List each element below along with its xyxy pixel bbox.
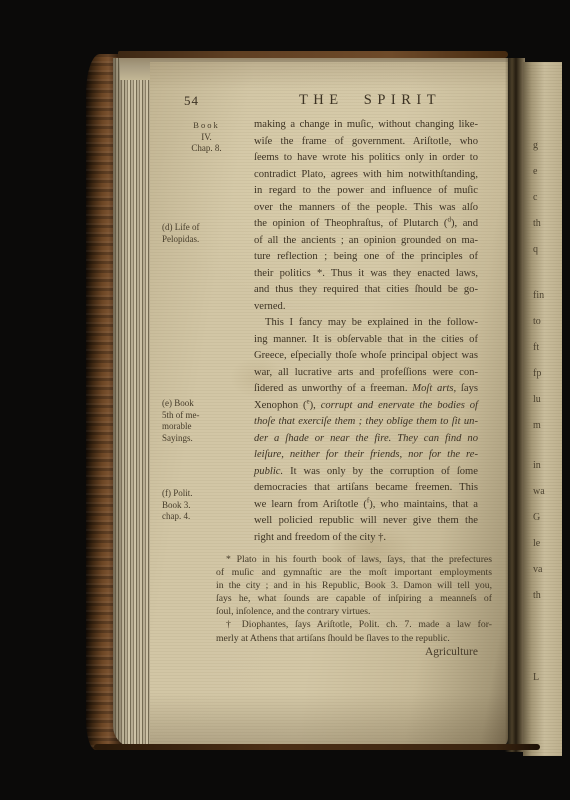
margin-note-line: Sayings.: [162, 433, 251, 445]
text-line: * Plato in his fourth book of laws, ſays…: [216, 553, 492, 566]
text-line: Xenophon (e), corrupt and enervate the b…: [254, 398, 478, 415]
gutter-shadow: [505, 58, 525, 752]
margin-note-line: Book: [162, 120, 251, 132]
text-line: This I fancy may be explained in the fol…: [254, 315, 478, 332]
facing-page-text-fragment: e: [533, 166, 537, 177]
text-line: right and freedom of the city †.: [254, 530, 478, 547]
text-line: over the manners of the people. This was…: [254, 200, 478, 217]
text-line: making a change in muſic, without changi…: [254, 117, 478, 134]
margin-note-line: chap. 4.: [162, 511, 251, 523]
page-number: 54: [184, 93, 199, 109]
text-line: der a ſhade or near the fire. They can f…: [254, 431, 478, 448]
text-line: ture reflection ; being one of the princ…: [254, 249, 478, 266]
margin-note-line: morable: [162, 421, 251, 433]
margin-note-line: (d) Life of: [162, 222, 251, 234]
facing-page-text-fragment: th: [533, 218, 541, 229]
margin-note: (f) Polit.Book 3.chap. 4.: [162, 488, 251, 523]
facing-page-text-fragment: fp: [533, 368, 541, 379]
facing-page-text-fragment: ft: [533, 342, 539, 353]
facing-page-text-fragment: fin: [533, 290, 544, 301]
facing-page-text-fragment: g: [533, 140, 538, 151]
facing-page-text-fragment: q: [533, 244, 538, 255]
facing-page-text-fragment: wa: [533, 486, 545, 497]
facing-page-text-fragment: to: [533, 316, 541, 327]
text-line: in the city ; and in his Republic, Book …: [216, 579, 492, 592]
facing-page-text-fragment: lu: [533, 394, 541, 405]
book-cover-top-edge: [118, 51, 508, 58]
text-line: of muſic and gymnaſtic are the moſt impo…: [216, 566, 492, 579]
facing-page-text-fragment: le: [533, 538, 540, 549]
text-line: well policied republic will never give t…: [254, 513, 478, 530]
margin-note-line: IV.: [162, 132, 251, 144]
text-line: we learn from Ariſtotle (f), who maintai…: [254, 497, 478, 514]
text-line: of all the ancients ; an opinion grounde…: [254, 233, 478, 250]
footnote-block: * Plato in his fourth book of laws, ſays…: [216, 553, 492, 645]
catchword: Agriculture: [254, 646, 478, 658]
text-line: public. It was only by the corruption of…: [254, 464, 478, 481]
book-photo: 54 THE SPIRIT BookIV.Chap. 8.(d) Life of…: [0, 0, 570, 800]
facing-page-text-fragment: L: [533, 672, 539, 683]
margin-note: (e) Book5th of me-morableSayings.: [162, 398, 251, 444]
margin-note-line: Pelopidas.: [162, 234, 251, 246]
text-line: verned.: [254, 299, 478, 316]
facing-page-text-fragment: va: [533, 564, 542, 575]
margin-note: BookIV.Chap. 8.: [162, 120, 251, 155]
book-cover-bottom-edge: [94, 744, 540, 750]
text-line: ſays he, what ſounds are capable of inſp…: [216, 592, 492, 605]
text-line: democracies that artiſans became freemen…: [254, 480, 478, 497]
paragraph: making a change in muſic, without changi…: [254, 117, 478, 315]
margin-note-line: (f) Polit.: [162, 488, 251, 500]
running-title: THE SPIRIT: [245, 92, 495, 109]
body-text: making a change in muſic, without changi…: [254, 117, 478, 546]
paper-texture: [523, 62, 562, 756]
facing-page-text-fragment: th: [533, 590, 541, 601]
text-line: ſoul, inſolence, and the contrary virtue…: [216, 605, 492, 618]
text-line: ing manner. It is obſervable that in the…: [254, 332, 478, 349]
book-page: 54 THE SPIRIT BookIV.Chap. 8.(d) Life of…: [150, 62, 508, 748]
facing-page-text-fragment: m: [533, 420, 541, 431]
facing-page-text-fragment: G: [533, 512, 540, 523]
text-line: and thus they required that cities ſhoul…: [254, 282, 478, 299]
text-line: ſidered as unworthy of a freeman. Moſt a…: [254, 381, 478, 398]
text-line: leiſure, neither for their friends, nor …: [254, 447, 478, 464]
text-line: their politics *. Thus it was they enact…: [254, 266, 478, 283]
text-line: thoſe that exerciſe them ; they oblige t…: [254, 414, 478, 431]
text-line: merly at Athens that artiſans ſhould be …: [216, 632, 492, 645]
text-line: in regard to the power and influence of …: [254, 183, 478, 200]
text-line: Greece, eſpecially thoſe whoſe principal…: [254, 348, 478, 365]
text-line: war, all lucrative arts and profeſſions …: [254, 365, 478, 382]
text-line: contradict Plato, agrees with him notwit…: [254, 167, 478, 184]
margin-note-line: (e) Book: [162, 398, 251, 410]
text-line: ſeems to have wrote his politics only in…: [254, 150, 478, 167]
text-line: the opinion of Theophraſtus, of Plutarch…: [254, 216, 478, 233]
margin-note-line: Chap. 8.: [162, 143, 251, 155]
facing-page-sliver: gecthqfintoftfpluminwaGlevathL: [523, 62, 562, 756]
margin-note-line: Book 3.: [162, 500, 251, 512]
margin-note-line: 5th of me-: [162, 410, 251, 422]
paragraph: This I fancy may be explained in the fol…: [254, 315, 478, 546]
text-line: wiſe the frame of government. Ariſtotle,…: [254, 134, 478, 151]
text-line: † Diophantes, ſays Ariſtotle, Polit. ch.…: [216, 618, 492, 631]
facing-page-text-fragment: in: [533, 460, 541, 471]
margin-note: (d) Life ofPelopidas.: [162, 222, 251, 245]
facing-page-text-fragment: c: [533, 192, 537, 203]
